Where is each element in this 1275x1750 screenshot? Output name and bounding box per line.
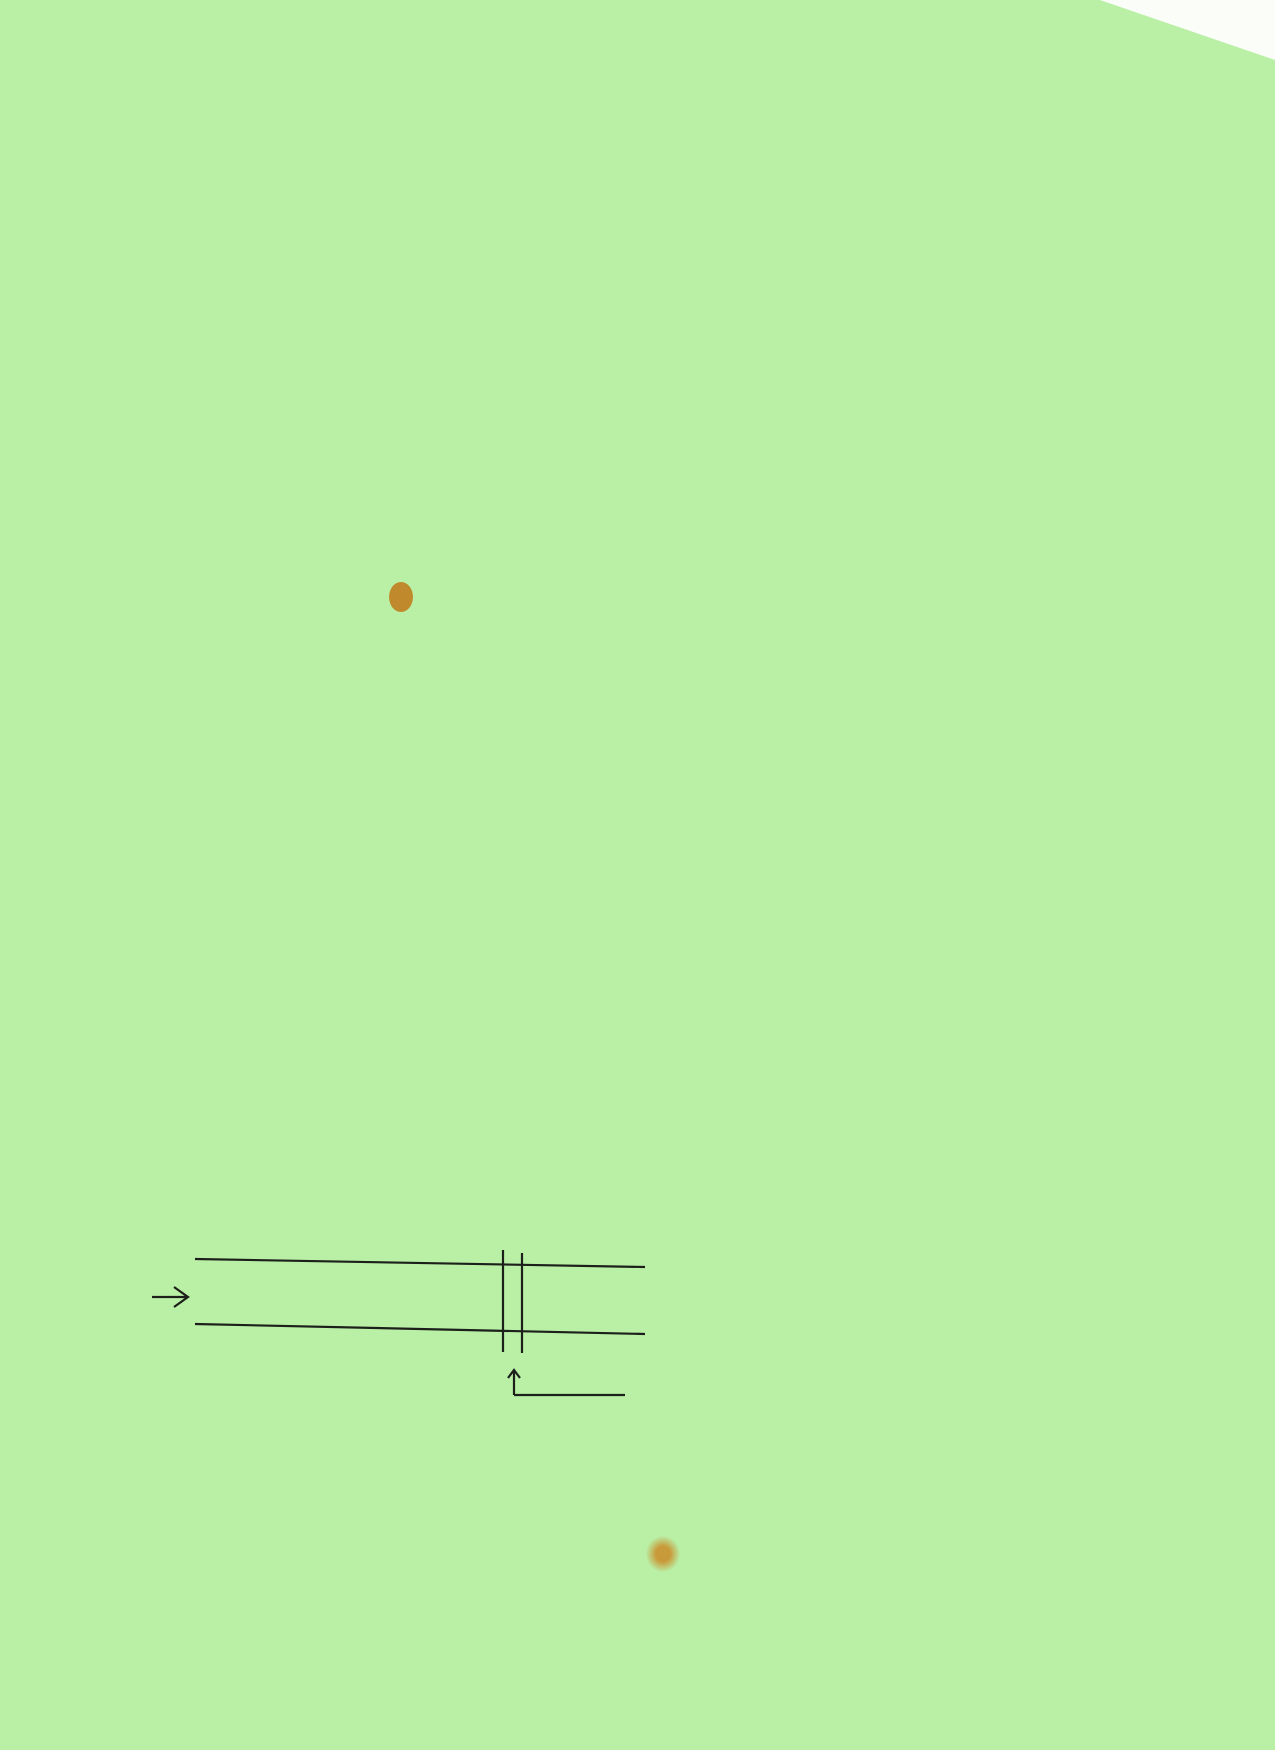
pointer-arrow-icon bbox=[508, 1370, 625, 1395]
coffee-stain bbox=[389, 582, 413, 612]
lower-conductor bbox=[195, 1324, 645, 1334]
upper-conductor bbox=[195, 1259, 645, 1267]
transmission-line-diagram bbox=[150, 1245, 670, 1410]
signal-arrow-icon bbox=[152, 1287, 188, 1307]
stain bbox=[646, 1536, 680, 1572]
folded-page-corner bbox=[1100, 0, 1275, 60]
